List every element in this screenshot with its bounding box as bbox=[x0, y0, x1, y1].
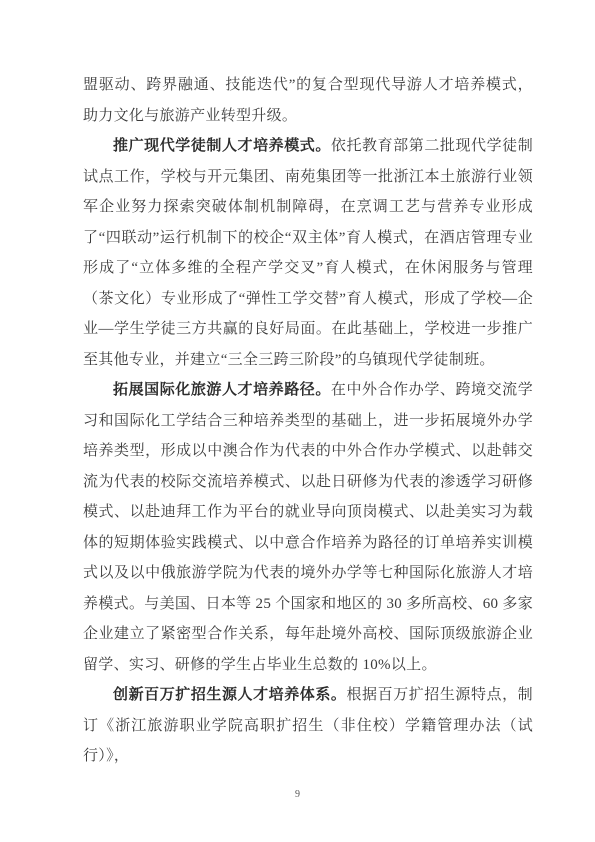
paragraph-text: 依托教育部第二批现代学徒制试点工作，学校与开元集团、南苑集团等一批浙江本土旅游行… bbox=[83, 138, 533, 368]
page-body: 盟驱动、跨界融通、技能迭代”的复合型现代导游人才培养模式，助力文化与旅游产业转型… bbox=[83, 70, 533, 772]
paragraph-lead-bold: 推广现代学徒制人才培养模式。 bbox=[113, 138, 331, 154]
paragraph-lead-bold: 拓展国际化旅游人才培养路径。 bbox=[113, 382, 331, 398]
paragraph-text: 盟驱动、跨界融通、技能迭代”的复合型现代导游人才培养模式，助力文化与旅游产业转型… bbox=[83, 77, 533, 124]
paragraph-lead-bold: 创新百万扩招生源人才培养体系。 bbox=[113, 687, 346, 703]
paragraph: 拓展国际化旅游人才培养路径。在中外合作办学、跨境交流学习和国际化工学结合三种培养… bbox=[83, 375, 533, 680]
paragraph-text: 在中外合作办学、跨境交流学习和国际化工学结合三种培养类型的基础上，进一步拓展境外… bbox=[83, 382, 533, 673]
document-page: 盟驱动、跨界融通、技能迭代”的复合型现代导游人才培养模式，助力文化与旅游产业转型… bbox=[0, 0, 595, 842]
paragraph: 推广现代学徒制人才培养模式。依托教育部第二批现代学徒制试点工作，学校与开元集团、… bbox=[83, 131, 533, 375]
page-number: 9 bbox=[0, 789, 595, 800]
paragraph: 盟驱动、跨界融通、技能迭代”的复合型现代导游人才培养模式，助力文化与旅游产业转型… bbox=[83, 70, 533, 131]
paragraph: 创新百万扩招生源人才培养体系。根据百万扩招生源特点，制订《浙江旅游职业学院高职扩… bbox=[83, 680, 533, 772]
